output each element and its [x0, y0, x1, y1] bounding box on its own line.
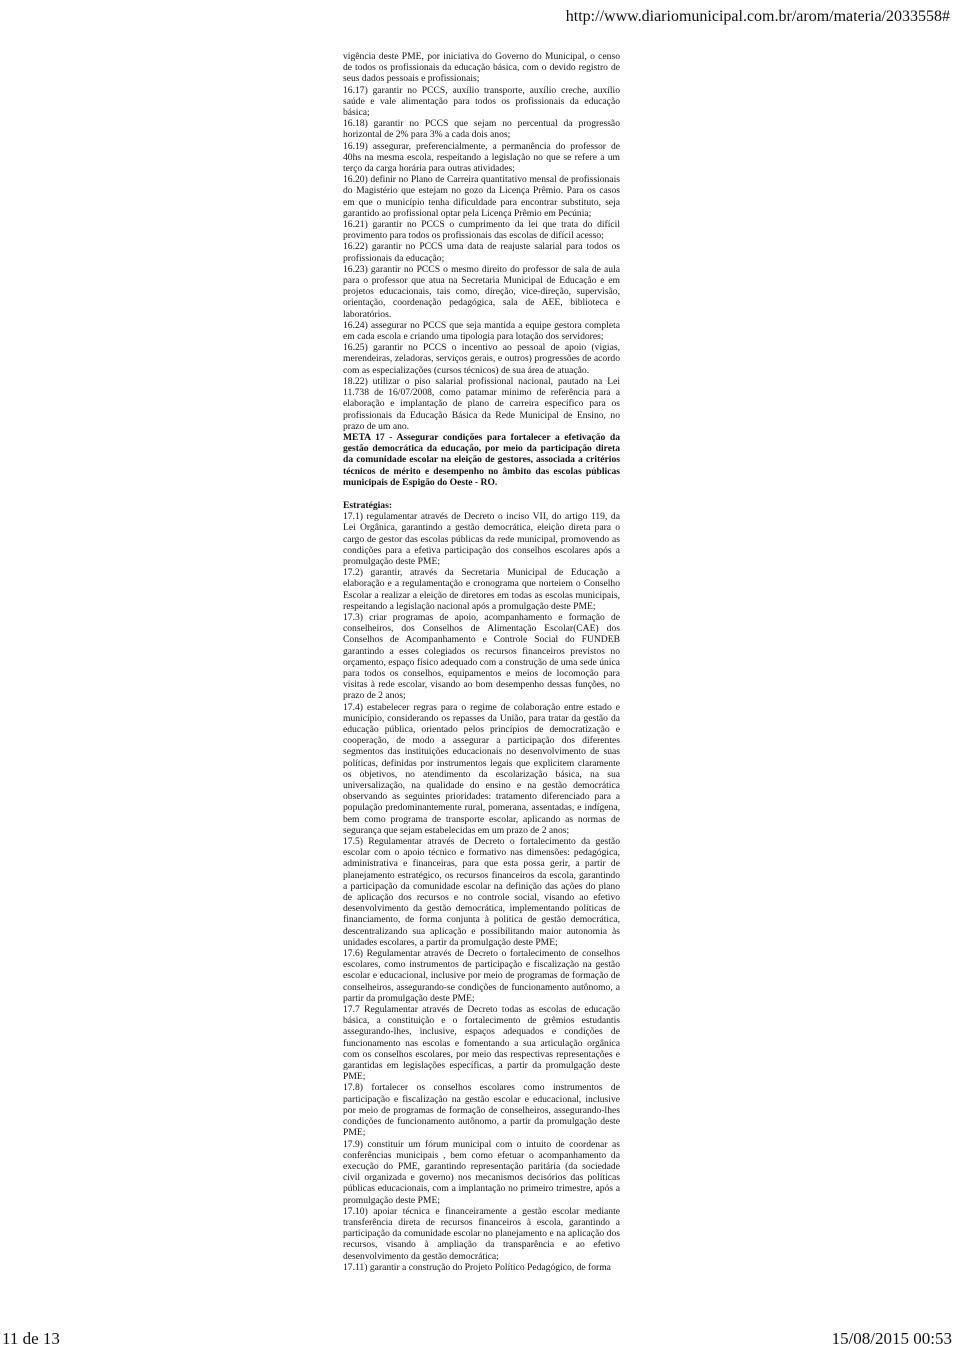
- doc-paragraph: 17.3) criar programas de apoio, acompanh…: [343, 612, 620, 702]
- doc-paragraph: 16.21) garantir no PCCS o cumprimento da…: [343, 219, 620, 241]
- doc-paragraph: 17.10) apoiar técnica e financeiramente …: [343, 1206, 620, 1262]
- doc-paragraph: 16.22) garantir no PCCS uma data de reaj…: [343, 241, 620, 263]
- doc-paragraph: 17.9) constituir um fórum municipal com …: [343, 1139, 620, 1206]
- doc-paragraph: 17.6) Regulamentar através de Decreto o …: [343, 948, 620, 1004]
- doc-paragraph: 16.23) garantir no PCCS o mesmo direito …: [343, 264, 620, 320]
- doc-paragraph: 16.24) assegurar no PCCS que seja mantid…: [343, 320, 620, 342]
- doc-paragraph: META 17 - Assegurar condições para forta…: [343, 432, 620, 488]
- doc-paragraph: 16.19) assegurar, preferencialmente, a p…: [343, 141, 620, 175]
- doc-paragraph: 17.8) fortalecer os conselhos escolares …: [343, 1082, 620, 1138]
- document-column: vigência deste PME, por iniciativa do Go…: [343, 51, 620, 1301]
- doc-paragraph: 17.7 Regulamentar através de Decreto tod…: [343, 1004, 620, 1082]
- doc-paragraph: vigência deste PME, por iniciativa do Go…: [343, 51, 620, 85]
- doc-paragraph: 17.4) estabelecer regras para o regime d…: [343, 702, 620, 836]
- doc-paragraph: 16.17) garantir no PCCS, auxílio transpo…: [343, 85, 620, 119]
- doc-paragraph: 18.22) utilizar o piso salarial profissi…: [343, 376, 620, 432]
- doc-paragraph: 17.2) garantir, através da Secretaria Mu…: [343, 567, 620, 612]
- doc-paragraph: 17.1) regulamentar através de Decreto o …: [343, 511, 620, 567]
- doc-paragraph: Estratégias:: [343, 500, 620, 511]
- print-timestamp: 15/08/2015 00:53: [832, 1329, 952, 1349]
- printed-document-page: http://www.diariomunicipal.com.br/arom/m…: [0, 0, 960, 1354]
- doc-paragraph: 17.5) Regulamentar através de Decreto o …: [343, 836, 620, 948]
- print-header-url: http://www.diariomunicipal.com.br/arom/m…: [566, 7, 950, 27]
- doc-paragraph: 16.25) garantir no PCCS o incentivo ao p…: [343, 342, 620, 376]
- doc-paragraph: 16.20) definir no Plano de Carreira quan…: [343, 174, 620, 219]
- page-number-indicator: 11 de 13: [2, 1329, 60, 1349]
- doc-paragraph: 17.11) garantir a construção do Projeto …: [343, 1262, 620, 1273]
- doc-paragraph: 16.18) garantir no PCCS que sejam no per…: [343, 118, 620, 140]
